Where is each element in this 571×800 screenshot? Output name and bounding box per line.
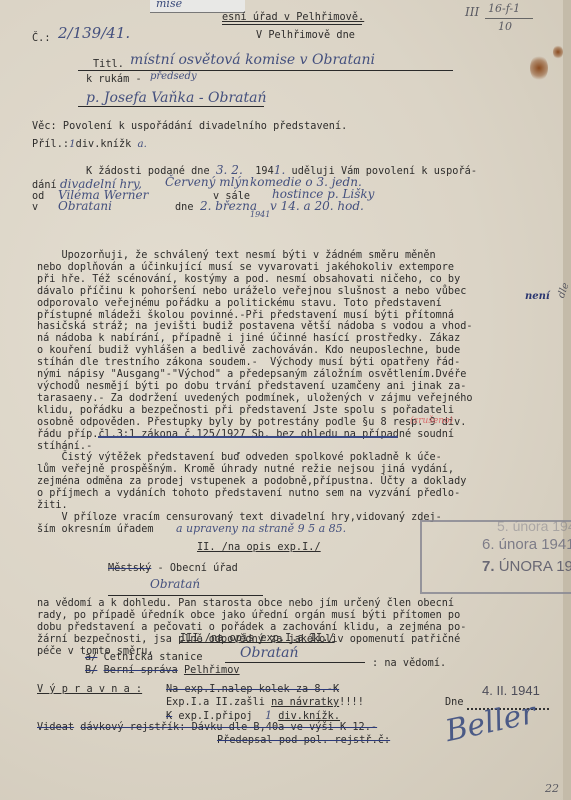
censor-note: a upraveny na straně 9 5 a 85. <box>176 522 346 535</box>
page-edge <box>563 0 571 800</box>
request-line-3-prefix: od <box>32 191 44 203</box>
section-3-item-a-underline <box>225 662 365 663</box>
received-stamp: 5. února 1941 6. února 1941 7. ÚNORA 194… <box>420 520 571 594</box>
page-number: 22 <box>545 782 559 795</box>
attn-name: p. Josefa Vaňka - Obratań <box>86 90 266 106</box>
section-2-heading: II. /na opis exp.I./ <box>197 542 321 554</box>
dispatch-line-2: Exp.I.a II.zašli na návratky!!!! <box>166 697 364 709</box>
day-label: dne <box>175 202 194 214</box>
vypravna-label: V ý p r a v n a : <box>37 684 142 696</box>
office-name: esní úřad v Pelhřimově. <box>222 12 364 24</box>
section-2-recipient: Městský - Obecní úřad <box>108 563 238 575</box>
archive-mark-top: 16-f-1 <box>488 2 520 15</box>
section-3-item-a: a/ Četnická stanice <box>85 652 203 664</box>
conditions-text: Upozorňuji, že schválený text nesmí býti… <box>37 250 537 536</box>
section-3-item-b: B/ Berní správa Pelhřimov <box>85 665 240 677</box>
dispatch-line-1: Na exp.I.nalep kolek za 8.-K <box>166 684 339 696</box>
performance-year: 1941 <box>250 210 270 219</box>
play-title: Červený mlýn <box>165 175 249 189</box>
strip-handwriting: mise <box>156 0 182 10</box>
dispatch-line-5: Předepsal pod pol. rejstř.č: <box>217 735 390 747</box>
subject: Věc: Povolení k uspořádání divadelního p… <box>32 121 347 133</box>
attn-underline <box>78 106 264 107</box>
videat-line: Videat dávkový rejstřík: Dávku dle B,40a… <box>37 722 377 734</box>
title-underline <box>78 70 453 71</box>
title-label: Titl. <box>93 59 124 71</box>
section-3-item-a-town: Obratań <box>240 645 298 661</box>
title-value: místní osvětová komise v Obratani <box>130 52 375 68</box>
attn-label: k rukám - <box>86 74 142 86</box>
reference-number: 2/139/41. <box>58 24 130 42</box>
margin-note: není <box>525 291 550 302</box>
date-label: Dne <box>445 697 464 709</box>
archive-mark-prefix: III <box>465 5 479 19</box>
section-2-town: Obratań <box>150 577 200 591</box>
section-3-heading: III./na opis exp.I.a II./ <box>180 633 335 645</box>
archive-mark-bottom: 10 <box>498 20 512 33</box>
stamp-date-1: 5. února 1941 <box>497 518 571 534</box>
request-line-2-prefix: dání <box>32 180 57 192</box>
attn-role: předsedy <box>150 71 197 82</box>
stamp-date-2: 6. února 1941 <box>482 536 571 553</box>
archive-fraction-line <box>485 18 533 19</box>
dispatch-line-3: K exp.I.připoj 1 div.knížk. <box>166 710 340 723</box>
town: Obratani <box>58 199 112 213</box>
section-3-suffix: : na vědomí. <box>372 658 446 670</box>
struck-handwritten-line <box>98 436 398 438</box>
place-date: V Pelhřimově dne <box>256 30 355 42</box>
performance-times: v 14. a 20. hod. <box>270 199 364 213</box>
rust-stain <box>553 45 563 59</box>
attachment: Příl.:1div.knížk a. <box>32 139 147 151</box>
red-annotation: (zrušeno) <box>410 416 453 426</box>
stamp-date-3: 7. ÚNORA 1941 <box>482 558 571 575</box>
section-2-underline <box>108 595 263 596</box>
rust-stain <box>530 55 548 81</box>
performance-date: 2. března <box>200 199 257 213</box>
request-line-4-prefix: v <box>32 202 38 214</box>
office-underline <box>222 24 362 25</box>
reference-label: Č.: <box>32 33 51 45</box>
